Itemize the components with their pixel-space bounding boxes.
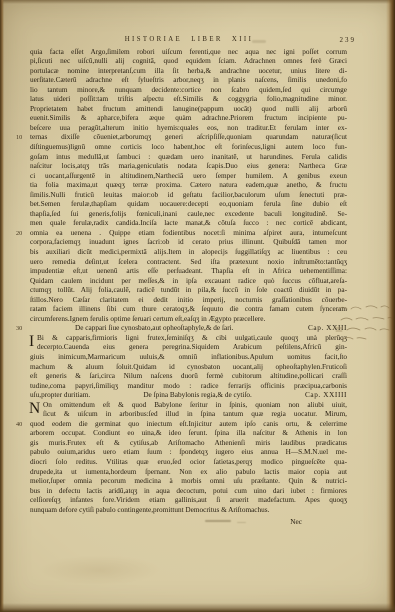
text-line: naſcitur locis,atqʒ trās maria,geniculat… (30, 162, 347, 172)
text-line: ci uocant,aſſurgentē in altitudinem,Nart… (30, 172, 347, 182)
catchword: Nec (30, 517, 347, 526)
text-line: bus in defectu lactis aridū,atqʒ in aqua… (30, 487, 347, 497)
running-title: HISTORIAE LIBER XIII (30, 36, 348, 43)
text-line: ſtillos.Nero Cæſar claritatem ei dedit i… (30, 296, 347, 306)
text-line: lio tantum minore,& nunquam decidente:co… (30, 86, 347, 96)
text-line: ſicut & uiſcum in arboribus:ſed illud in… (30, 410, 347, 420)
text-line: ternas dixiſſe cōueniet,arborumqʒ generi… (30, 133, 347, 143)
text-line: ſimilis.Nulli fruticū leuitas maior:ob i… (30, 191, 347, 201)
text-line: Quidam caulem incidunt per meſſes,& in i… (30, 277, 347, 287)
text-line: nunquam defore cytiſi pabulo contingente… (30, 506, 347, 516)
text-line: diſtinguemus)lignū omne corticis loco ha… (30, 143, 347, 153)
text-line: circumferens.Ignem ferulis optime ſeruar… (30, 315, 347, 325)
page-edge-right (386, 0, 395, 612)
ink-smudge (205, 520, 231, 522)
text-line: euenit.Similis & apharce,bifera æque quà… (30, 114, 347, 124)
page-edge-left (0, 0, 4, 612)
text-line: giuis inimicum,Marmaricum uuluis,& omniū… (30, 353, 347, 363)
text-line: beſcere uua peragūt,alterum initio hyemi… (30, 124, 347, 134)
text-line: bis auxiliari dicūt medici,permixtā alij… (30, 248, 347, 258)
text-line: machum & aluum ſoluit.Quidam id cynosbat… (30, 363, 347, 373)
text-line: tudine,coma papyri,ſimiliqʒ manditur mod… (30, 382, 347, 392)
text-line: tia folia maxima,ut quæqʒ terræ proxima.… (30, 181, 347, 191)
book-page: HISTORIAE LIBER XIII 239 quia facta eſſe… (0, 0, 395, 612)
text-line: goſam intus medullā,ut ſambuci : quædam … (30, 153, 347, 163)
text-line: On omittendum eſt & quod Babylone ſeritu… (30, 401, 347, 411)
text-line: Bi & capparis,firmioris ligni frutex,ſem… (30, 334, 347, 344)
text-line: portulacæ nomine interpretanſ,cum illa ſ… (30, 67, 347, 77)
text-line: melior,ſuper omnia pecorum medicina à mo… (30, 477, 347, 487)
text-line: latus uideri poſſit:tam triſtis aſpectu … (30, 95, 347, 105)
text-line: quia facta eſſet Argo,ſimilem robori uiſ… (30, 48, 347, 58)
page-header: HISTORIAE LIBER XIII 239 (30, 36, 348, 46)
ink-smudge (252, 40, 266, 43)
text-line: gis muris.Frutex eſt & cytiſus,ab Ariſto… (30, 439, 347, 449)
text-line: drupede,ita ut iumenta,hordeum ſpernant.… (30, 468, 347, 478)
margin-line-number: 20 (16, 229, 28, 239)
text-line: pi,ſicuti nec uiſcū,nulli alij cognitā, … (30, 57, 347, 67)
chapter-title: De ſpina Babylonis regia,& de cytiſo. (143, 391, 252, 401)
text-block: quia facta eſſet Argo,ſimilem robori uiſ… (30, 48, 347, 516)
text-line: uerſitate.Cæterū adrachne eſt ſylueſtris… (30, 76, 347, 86)
text-line: arborem occupat. Condiunt eo uina,& ideo… (30, 429, 347, 439)
text-line: thapſia,ſed ſui generis,folijs fœniculi,… (30, 210, 347, 220)
page-edge-bottom (0, 603, 395, 612)
chapter-number: Cap. XXIIII (305, 391, 347, 401)
text-line: eſt generis & ſari,circa Nilum naſcens d… (30, 372, 347, 382)
text-line: corpora,faciemqʒ inuadunt ignes ſacri:ob… (30, 238, 347, 248)
chapter-title: De cappari ſiue cynosbato,aut opheoſtaph… (75, 324, 233, 334)
text-line: quod eodem die germinat quo iniectum eſt… (30, 420, 347, 430)
text-line: celſioreſqʒ infantes fore.Viridem etiam … (30, 496, 347, 506)
paper-stain (40, 555, 160, 585)
text-line: omnia ea uenena . Quippe etiam fodientib… (30, 229, 347, 239)
margin-line-number: 10 (16, 133, 28, 143)
text-line: ratam faciem illinens ſibi cum thure cer… (30, 305, 347, 315)
text-line: ctumqʒ tollūt. Alij folia,caulē, radicē … (30, 286, 347, 296)
margin-line-number: 40 (16, 420, 28, 430)
text-line: impudentiæ eſt,ut uenenū artis eſſe perſ… (30, 267, 347, 277)
text-line: diocri ſolo reditus. Vtilitas quæ eruo,ſ… (30, 458, 347, 468)
text-line: Proprietatem habet fructum amittendi lan… (30, 105, 347, 115)
page-number: 239 (340, 36, 357, 44)
page-edge-top (0, 0, 395, 4)
text-line: decerpto.Cauenda eius genera peregrina.S… (30, 343, 347, 353)
chapter-heading: De cappari ſiue cynosbato,aut opheoſtaph… (30, 324, 347, 334)
text-line: uero remedia deſint,ut ſcelera contracte… (30, 258, 347, 268)
chapter-heading: uſu,propter duritiam.De ſpina Babylonis … (30, 391, 347, 401)
text-line: men quale ferulæ,radix candida.Inciſa la… (30, 219, 347, 229)
handwritten-marginalia (334, 301, 394, 349)
text-line: bet.Semen ferulæ,thapſiam quidam uocauer… (30, 200, 347, 210)
margin-line-number: 30 (16, 324, 28, 334)
text-line: pabulo ouium,aridus uero etiam ſuum : ſp… (30, 448, 347, 458)
